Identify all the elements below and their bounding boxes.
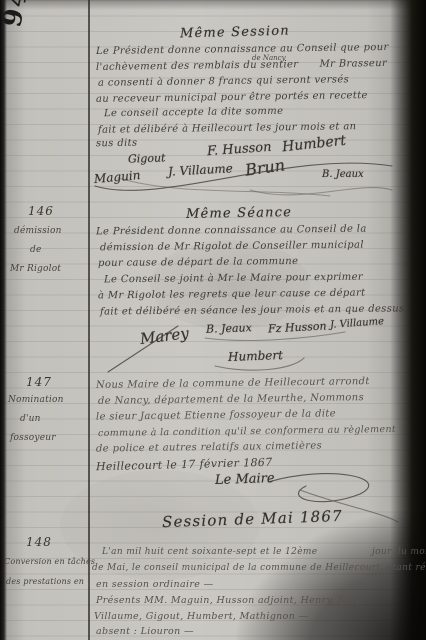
entry147-body-line: Nous Maire de la commune de Heillecourt … <box>96 376 370 391</box>
session1-body-line: Le conseil accepte la dite somme <box>104 106 283 120</box>
signature: Fz Husson <box>268 319 327 335</box>
session1-body-line: au receveur municipal pour être portés e… <box>96 90 368 105</box>
entry147-body-line: de Nancy, département de la Meurthe, Nom… <box>98 392 364 407</box>
entry147-margin-note: fossoyeur <box>10 433 56 443</box>
signature: Marey <box>139 324 190 348</box>
entry148-body-line: Présents MM. Maguin, Husson adjoint, Hen… <box>96 595 363 606</box>
entry148-number: 148 <box>26 535 52 549</box>
session1-interline-insert: de Nancy <box>252 54 286 62</box>
folio-number-stamp: 94 <box>0 0 35 30</box>
session1-body-line: fait et délibéré à Heillecourt les jour … <box>98 121 357 136</box>
margin-rule-line <box>88 0 90 640</box>
session1-body-line: a consenti à donner 8 francs qui seront … <box>98 74 349 89</box>
register-page: 94 Même Session Le Président donne conna… <box>0 0 426 640</box>
signature: J. Villaume <box>330 316 385 331</box>
entry148-body-line: absent : Liouron — <box>96 626 194 637</box>
entry148-body-line: L'an mil huit cent soixante-sept et le 1… <box>102 547 426 557</box>
entry146-margin-note: Mr Rigolot <box>10 264 61 274</box>
signature: Humbert <box>228 348 283 364</box>
signature: J. Villaume <box>168 161 233 178</box>
signature: Brun <box>244 155 286 179</box>
entry147-margin-note: Nomination <box>8 395 64 405</box>
entry147-number: 147 <box>26 375 52 389</box>
mayor-signature-title: Le Maire <box>215 471 275 488</box>
entry147-date-line: Heillecourt le 17 février 1867 <box>96 456 273 474</box>
entry146-margin-note: de <box>30 245 42 255</box>
entry146-heading: Même Séance <box>186 205 292 222</box>
entry146-body-line: pour cause de départ de la commune <box>98 256 298 269</box>
entry148-body-line: en session ordinaire — <box>96 579 214 590</box>
entry147-body-line: commune à la condition qu'il se conforme… <box>98 424 396 439</box>
entry147-margin-note: d'un <box>20 414 41 424</box>
entry148-margin-note: des prestations en <box>6 577 84 586</box>
signature: Gigout <box>128 151 166 165</box>
entry146-body-line: démission de Mr Rigolot de Conseiller mu… <box>100 240 364 254</box>
entry146-margin-note: démission <box>14 226 62 236</box>
signature: Maguin <box>93 168 140 186</box>
session1-body-line: l'achèvement des remblais du sentier Mr … <box>96 58 387 73</box>
signature: B. Jeaux <box>206 321 252 336</box>
entry147-body-line: de police et autres relatifs aux cimetiè… <box>96 440 322 454</box>
signature: F. Husson <box>207 140 272 159</box>
entry148-margin-note: Conversion en tâches <box>4 557 95 566</box>
entry146-body-line: fait et délibéré en séance les jour mois… <box>100 303 405 317</box>
entry147-body-line: le sieur Jacquet Etienne fossoyeur de la… <box>96 408 336 422</box>
top-edge-shadow <box>0 0 426 10</box>
entry146-body-line: Le Président donne connaissance au Conse… <box>96 224 367 238</box>
session1-body-line: Le Président donne connaissance au Conse… <box>96 42 389 57</box>
entry146-number: 146 <box>28 204 54 218</box>
left-page-edge <box>0 0 7 640</box>
signature: B. Jeaux <box>322 169 364 180</box>
session1-body-line: sus dits <box>96 138 138 150</box>
entry148-body-line: de Mai, le conseil municipal de la commu… <box>92 563 426 573</box>
signature: Humbert <box>281 133 346 156</box>
session1-heading: Même Session <box>180 24 290 42</box>
entry146-body-line: Le Conseil se joint à Mr le Maire pour e… <box>104 272 363 286</box>
entry148-body-line: Villaume, Gigout, Humbert, Mathignon — <box>94 611 308 622</box>
entry146-body-line: à Mr Rigolot les regrets que leur cause … <box>98 288 366 302</box>
